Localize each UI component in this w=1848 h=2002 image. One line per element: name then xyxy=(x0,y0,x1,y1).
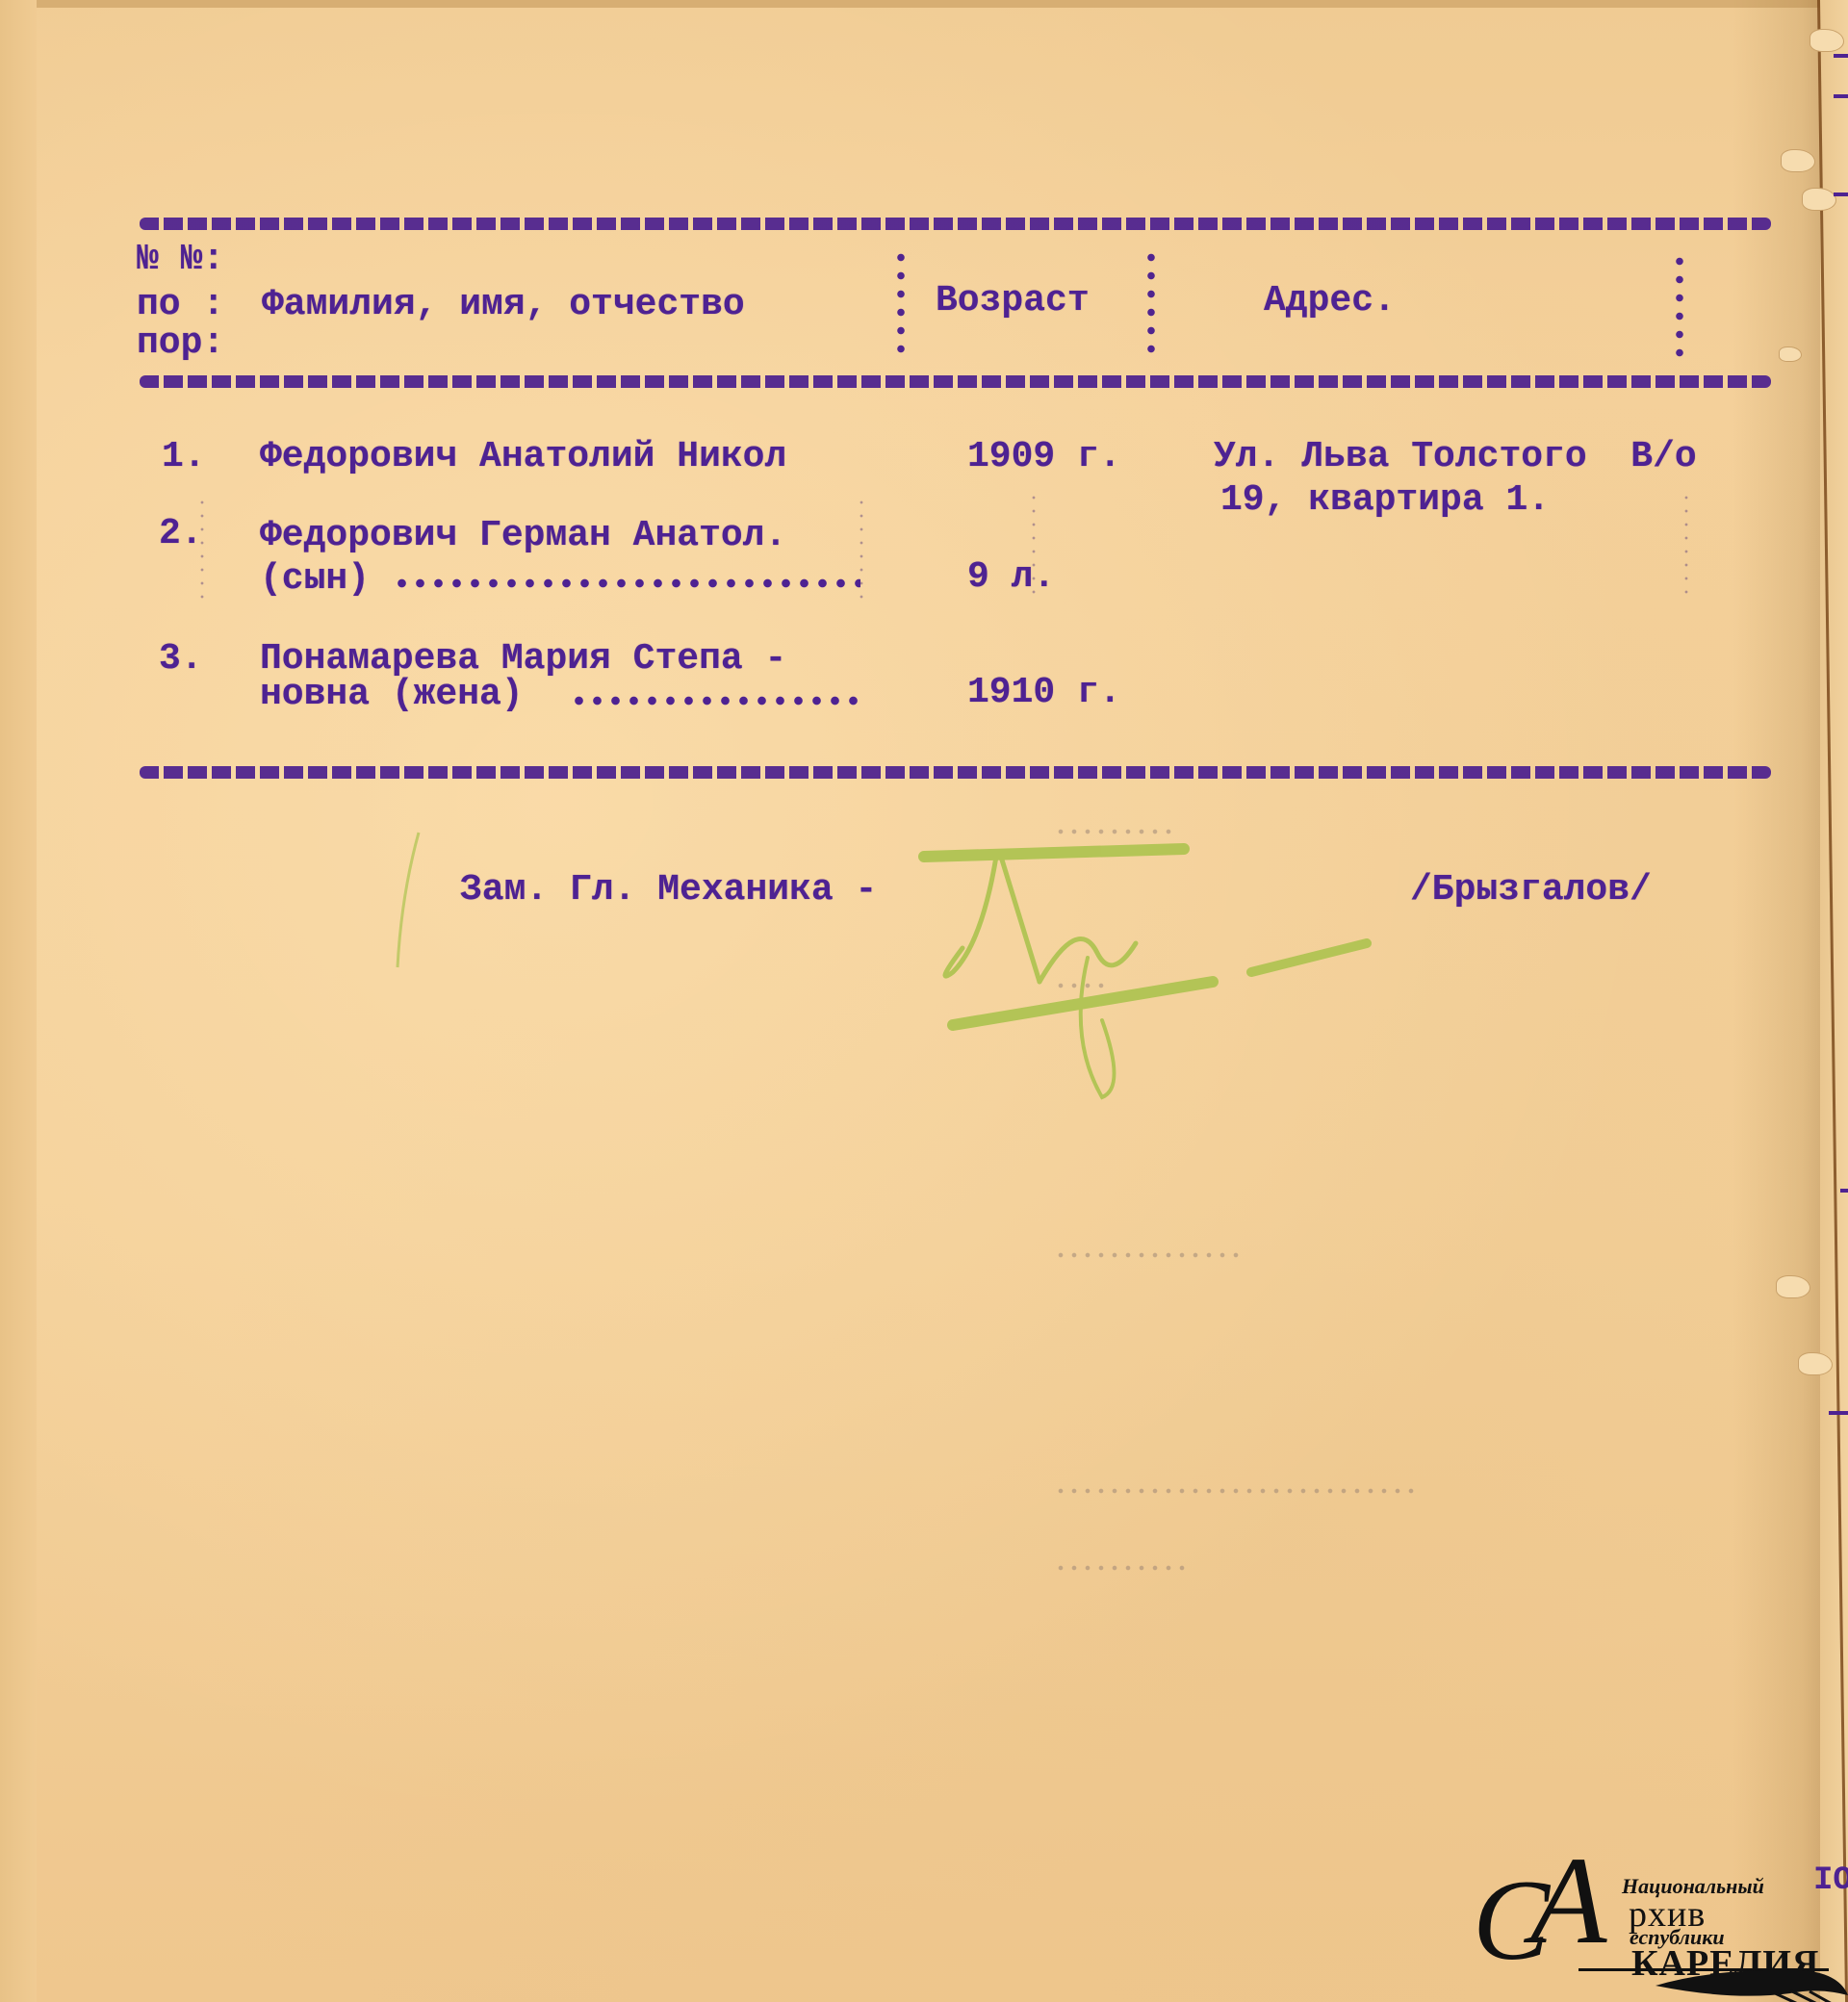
logo-initial-a: А xyxy=(1530,1838,1606,1963)
row-age: 1910 г. xyxy=(967,674,1121,712)
adjacent-ink-mark xyxy=(1840,1189,1848,1193)
paper-tear xyxy=(1776,1275,1810,1298)
header-bottom-rule xyxy=(140,375,1771,388)
header-number-line2: по : xyxy=(137,286,224,324)
adjacent-ink-mark xyxy=(1829,1411,1848,1415)
paper-tear xyxy=(1802,188,1836,211)
show-through-dots xyxy=(1054,1487,1420,1495)
row-name-continued: (сын) xyxy=(260,560,370,599)
header-top-rule xyxy=(140,218,1771,230)
archive-logo: С А Национальный рхив еспублики КАРЕЛИЯ xyxy=(1473,1853,1838,2002)
header-address: Адрес. xyxy=(1264,282,1396,321)
row-address-line1: Ул. Льва Толстого В/о xyxy=(1214,438,1697,476)
dot-leader xyxy=(393,577,860,589)
show-through-dots xyxy=(1054,1564,1189,1572)
paper-tear xyxy=(1809,29,1844,52)
row-name: Федорович Герман Анатол. xyxy=(260,517,786,555)
header-number-line1: № №: xyxy=(137,241,224,279)
header-number-line3: пор: xyxy=(137,324,224,363)
show-through-dots xyxy=(1054,1251,1246,1259)
header-name: Фамилия, имя, отчество xyxy=(262,286,745,324)
handwritten-signature-icon xyxy=(895,828,1396,1116)
paper-tear xyxy=(1798,1352,1833,1375)
row-number: 1. xyxy=(162,438,206,476)
row-address-line2: 19, квартира 1. xyxy=(1220,481,1550,520)
row-name: Понамарева Мария Степа - xyxy=(260,640,786,679)
faint-column-guide xyxy=(1684,491,1688,597)
pencil-mark-icon xyxy=(390,828,428,972)
row-age: 9 л. xyxy=(967,558,1055,597)
adjacent-ink-mark xyxy=(1834,94,1848,98)
table-bottom-rule xyxy=(140,766,1771,779)
signatory-title: Зам. Гл. Механика - xyxy=(460,871,877,910)
header-age: Возраст xyxy=(936,282,1090,321)
left-page-edge xyxy=(0,0,37,2002)
paper-tear xyxy=(1781,149,1815,172)
row-age: 1909 г. xyxy=(967,438,1121,476)
column-separator xyxy=(1147,248,1155,358)
feather-quill-icon xyxy=(1655,1966,1848,2002)
paper-tear xyxy=(1779,346,1802,362)
row-number: 2. xyxy=(159,515,203,553)
adjacent-ink-mark xyxy=(1834,192,1848,196)
adjacent-ink-mark xyxy=(1834,54,1848,58)
row-number: 3. xyxy=(159,640,203,679)
top-page-edge xyxy=(0,0,1848,8)
row-name-continued: новна (жена) xyxy=(260,676,524,714)
signatory-name: /Брызгалов/ xyxy=(1410,871,1652,910)
column-separator xyxy=(1676,252,1683,358)
dot-leader xyxy=(570,695,860,706)
row-name: Федорович Анатолий Никол xyxy=(260,438,786,476)
column-separator xyxy=(897,248,905,358)
